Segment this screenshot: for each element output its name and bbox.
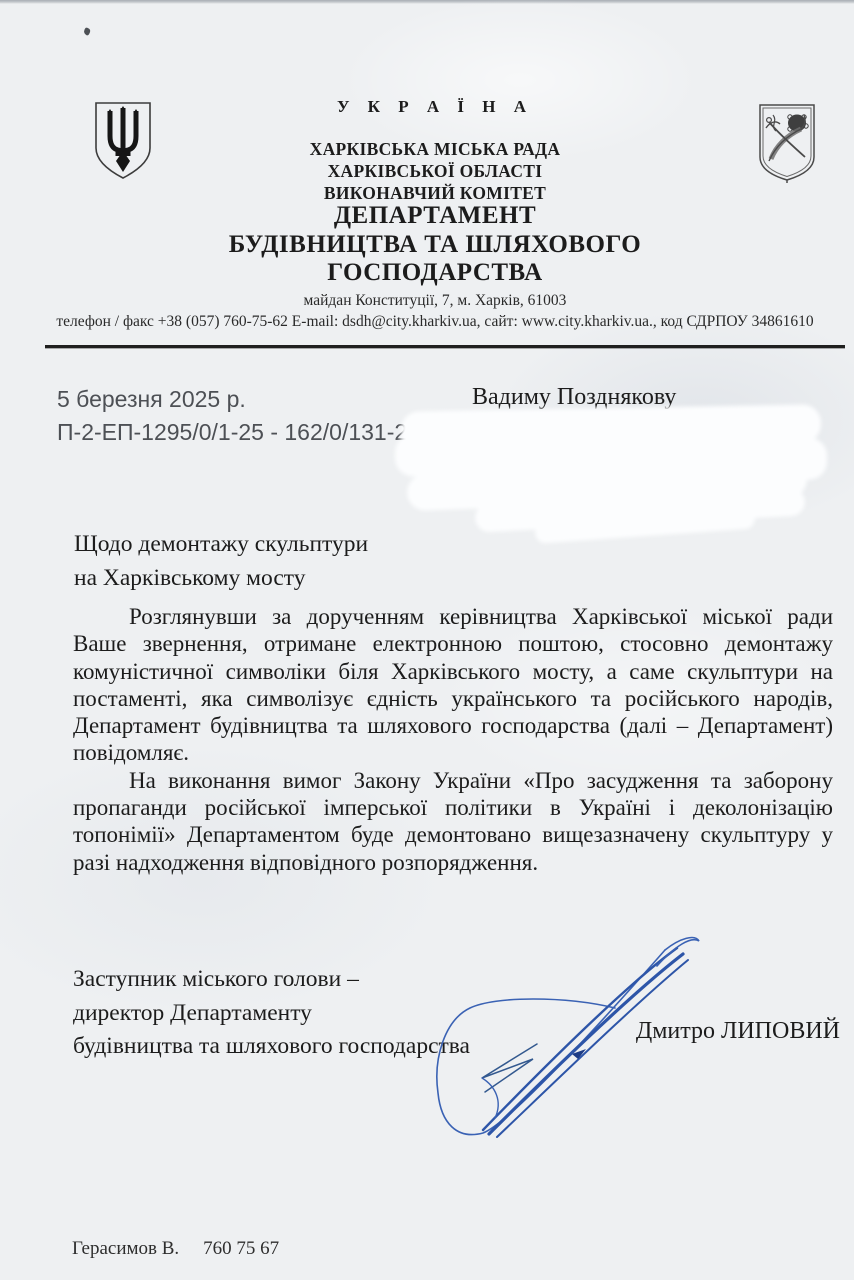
- signer-position-line: Заступник міського голови –: [73, 963, 470, 997]
- executor-name: Герасимов В.: [72, 1238, 179, 1259]
- executor-line: Герасимов В.760 75 67: [72, 1238, 279, 1260]
- redaction-whiteout-block: [395, 404, 835, 544]
- country-title: У К Р А Ї Н А: [20, 97, 850, 117]
- department-line: ДЕПАРТАМЕНТ: [20, 202, 850, 231]
- body-paragraph: На виконання вимог Закону України «Про з…: [73, 767, 833, 876]
- executor-phone: 760 75 67: [203, 1238, 279, 1259]
- letter-body: Розглянувши за дорученням керівництва Ха…: [73, 603, 833, 876]
- signer-position-line: директор Департаменту: [73, 997, 470, 1031]
- body-paragraph: Розглянувши за дорученням керівництва Ха…: [73, 603, 833, 767]
- department-line: БУДІВНИЦТВА ТА ШЛЯХОВОГО: [20, 231, 850, 260]
- signer-position-block: Заступник міського голови – директор Деп…: [73, 963, 470, 1064]
- council-line: ХАРКІВСЬКОЇ ОБЛАСТІ: [20, 160, 850, 182]
- letter-date: 5 березня 2025 р.: [57, 386, 246, 413]
- header-divider-rule: [45, 345, 845, 348]
- reference-number: П-2-ЕП-1295/0/1-25 - 162/0/131-25: [57, 419, 420, 446]
- department-name-block: ДЕПАРТАМЕНТ БУДІВНИЦТВА ТА ШЛЯХОВОГО ГОС…: [20, 202, 850, 288]
- subject-line: Щодо демонтажу скульптури: [74, 527, 368, 561]
- contact-details: телефон / факс +38 (057) 760-75-62 E-mai…: [20, 313, 850, 331]
- postal-address: майдан Конституції, 7, м. Харків, 61003: [20, 292, 850, 310]
- council-name-block: ХАРКІВСЬКА МІСЬКА РАДА ХАРКІВСЬКОЇ ОБЛАС…: [20, 138, 850, 204]
- scanned-letter-page: У К Р А Ї Н А ХАРКІВСЬКА МІСЬКА РАДА ХАР…: [0, 0, 854, 1280]
- subject-block: Щодо демонтажу скульптури на Харківськом…: [74, 527, 368, 595]
- scan-speck-artifact: [83, 27, 91, 36]
- signer-position-line: будівництва та шляхового господарства: [73, 1030, 470, 1064]
- handwritten-signature: [425, 926, 725, 1151]
- council-line: ХАРКІВСЬКА МІСЬКА РАДА: [20, 138, 850, 160]
- council-line: ВИКОНАВЧИЙ КОМІТЕТ: [20, 182, 850, 204]
- subject-line: на Харківському мосту: [74, 561, 368, 595]
- department-line: ГОСПОДАРСТВА: [20, 259, 850, 288]
